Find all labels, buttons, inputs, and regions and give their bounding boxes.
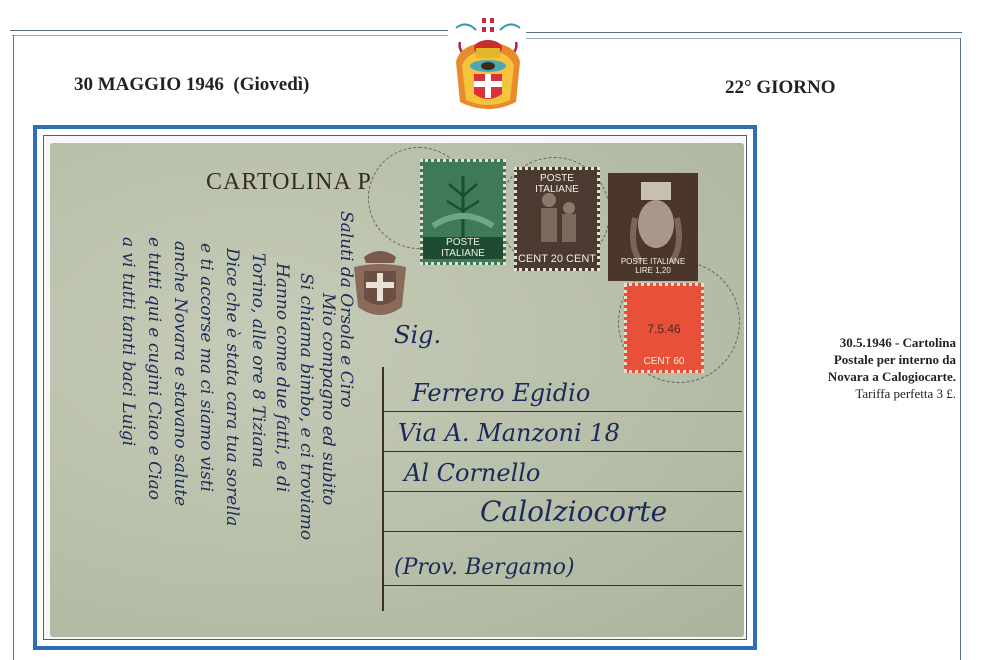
address-province: (Prov. Bergamo)	[394, 555, 575, 580]
message-line: e ti accorse ma ci siamo visti	[196, 243, 216, 492]
message-line: Si chiama bimbo, e ci troviamo	[296, 273, 316, 540]
address-rule	[384, 585, 742, 586]
address-block: Sig. Ferrero Egidio Via A. Manzoni 18 Al…	[382, 367, 742, 611]
caption-line: Tariffa perfetta 3 £.	[770, 385, 956, 402]
italia-turrita-icon	[611, 178, 701, 264]
postcard: CARTOLINA P POSTE ITALIANE POSTE ITALIAN…	[50, 143, 744, 637]
caption-line: 30.5.1946 - Cartolina	[770, 334, 956, 351]
olive-branch-icon	[423, 166, 503, 246]
caption-line: Novara a Calogiocarte.	[770, 368, 956, 385]
postcard-frame: CARTOLINA P POSTE ITALIANE POSTE ITALIAN…	[33, 125, 757, 650]
day-counter: 22° GIORNO	[725, 77, 836, 99]
address-street: Via A. Manzoni 18	[398, 419, 620, 447]
address-rule	[384, 531, 742, 532]
page-border-left	[13, 35, 14, 660]
stamp-1-20-lire-imprinted: POSTE ITALIANE LIRE 1,20	[608, 173, 698, 281]
address-locality: Al Cornello	[404, 459, 540, 487]
top-rule-right-2	[526, 38, 960, 39]
top-rule-left	[10, 30, 448, 31]
message-line: Torino, alle ore 8 Tiziana	[248, 253, 268, 468]
stamp-1-lira-green: POSTE ITALIANE	[420, 159, 506, 265]
family-figures-icon	[517, 186, 597, 250]
stamp-label: POSTE ITALIANE	[423, 237, 503, 259]
address-rule	[384, 451, 742, 452]
caption-line: Postale per interno da	[770, 351, 956, 368]
message-line: Mio compagno ed subito	[318, 293, 338, 505]
address-name: Ferrero Egidio	[412, 379, 590, 407]
top-rule-right	[526, 32, 962, 33]
message-line: Saluti da Orsola e Ciro	[336, 211, 356, 408]
stamp-60-cent-red: 7.5.46 CENT 60	[624, 283, 704, 373]
page-border-right	[960, 38, 961, 660]
postmark-date: 7.5.46	[627, 322, 701, 336]
address-city: Calolziocorte	[480, 495, 667, 528]
savoy-royal-coat-of-arms-icon	[448, 14, 528, 118]
message-line: Hanno come due fatti, e di	[272, 263, 292, 492]
address-salutation: Sig.	[394, 321, 441, 349]
message-line: Dice che è stata cara tua sorella	[222, 248, 242, 526]
handwritten-message: Saluti da Orsola e Ciro Mio compagno ed …	[70, 203, 370, 633]
address-rule	[384, 411, 742, 412]
stamp-value: POSTE ITALIANE LIRE 1,20	[611, 257, 695, 275]
message-line: anche Novara e stavano salute	[170, 241, 190, 506]
date-title: 30 MAGGIO 1946 (Giovedì)	[74, 74, 309, 96]
stamp-value: CENT 60	[627, 356, 701, 367]
postcard-printed-title: CARTOLINA P	[206, 169, 372, 196]
stamp-20-cent-brown: POSTE ITALIANE CENT 20 CENT	[514, 167, 600, 271]
message-line: a vi tutti tanti baci Luigi	[118, 237, 138, 446]
stamp-value: CENT 20 CENT	[517, 253, 597, 265]
address-rule	[384, 491, 742, 492]
top-rule-left-2	[12, 35, 448, 36]
message-line: e tutti qui e cugini Ciao e Ciao	[144, 237, 164, 500]
description-caption: 30.5.1946 - Cartolina Postale per intern…	[770, 334, 956, 402]
